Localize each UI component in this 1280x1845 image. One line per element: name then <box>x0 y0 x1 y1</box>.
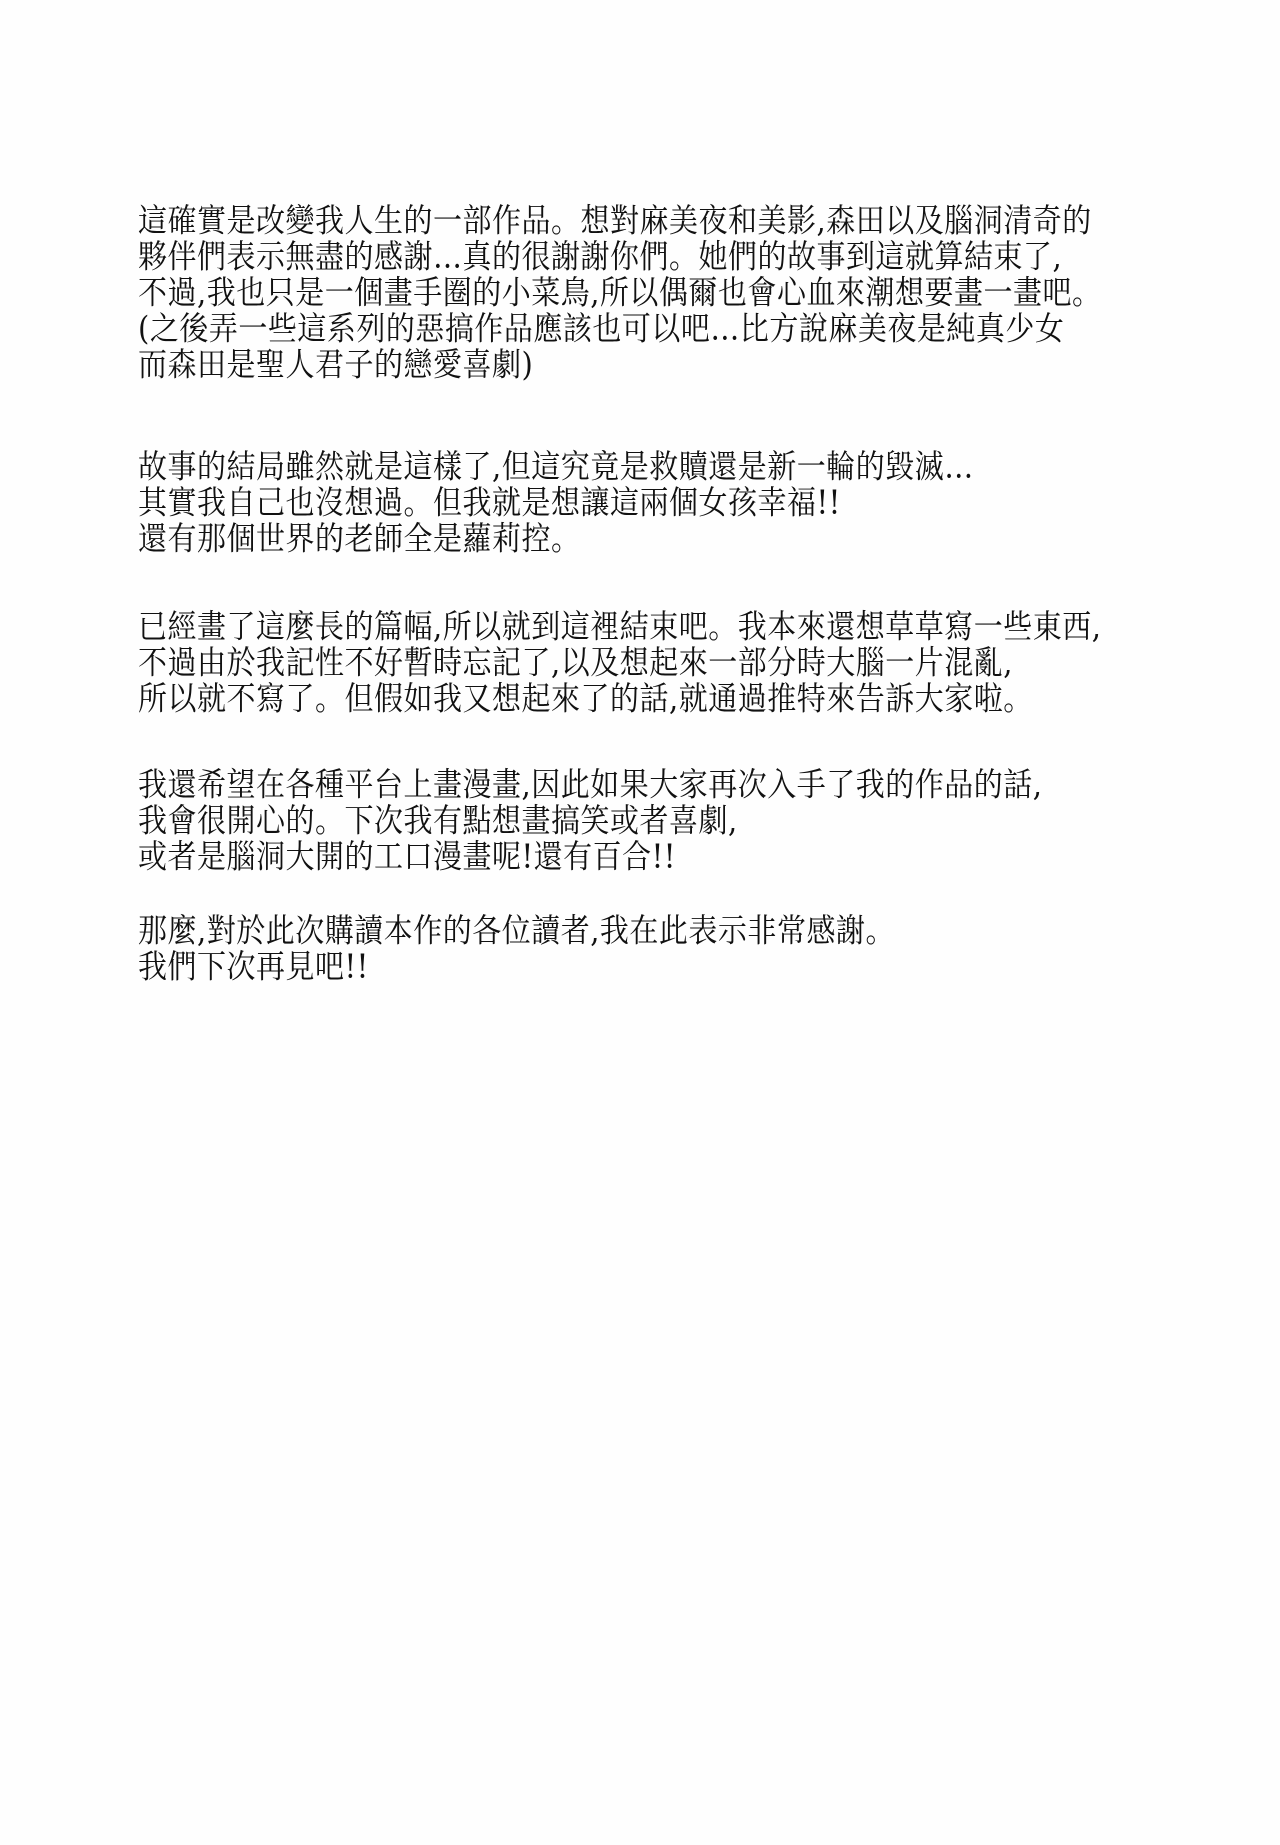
text-line: 這確實是改變我人生的一部作品。想對麻美夜和美影,森田以及腦洞清奇的 <box>138 200 1101 240</box>
text-line: 故事的結局雖然就是這樣了,但這究竟是救贖還是新一輪的毀滅… <box>138 446 974 486</box>
text-line: 我們下次再見吧!! <box>138 946 895 986</box>
paragraph-gratitude: 這確實是改變我人生的一部作品。想對麻美夜和美影,森田以及腦洞清奇的 夥伴們表示無… <box>138 200 1101 380</box>
text-line: 我會很開心的。下次我有點想畫搞笑或者喜劇, <box>138 800 1042 840</box>
document-page: 這確實是改變我人生的一部作品。想對麻美夜和美影,森田以及腦洞清奇的 夥伴們表示無… <box>0 0 1280 1845</box>
paragraph-future-plans: 我還希望在各種平台上畫漫畫,因此如果大家再次入手了我的作品的話, 我會很開心的。… <box>138 764 1042 872</box>
text-line: 還有那個世界的老師全是蘿莉控。 <box>138 518 974 558</box>
text-line: 而森田是聖人君子的戀愛喜劇) <box>138 344 1101 384</box>
text-line: 夥伴們表示無盡的感謝…真的很謝謝你們。她們的故事到這就算結束了, <box>138 236 1101 276</box>
paragraph-farewell: 那麼,對於此次購讀本作的各位讀者,我在此表示非常感謝。 我們下次再見吧!! <box>138 910 895 982</box>
text-line: 不過,我也只是一個畫手圈的小菜鳥,所以偶爾也會心血來潮想要畫一畫吧。 <box>138 272 1101 312</box>
text-line: (之後弄一些這系列的惡搞作品應該也可以吧…比方說麻美夜是純真少女 <box>138 308 1101 348</box>
text-line: 其實我自己也沒想過。但我就是想讓這兩個女孩幸福!! <box>138 482 974 522</box>
paragraph-closing-note: 已經畫了這麼長的篇幅,所以就到這裡結束吧。我本來還想草草寫一些東西, 不過由於我… <box>138 606 1101 714</box>
text-line: 我還希望在各種平台上畫漫畫,因此如果大家再次入手了我的作品的話, <box>138 764 1042 804</box>
text-line: 那麼,對於此次購讀本作的各位讀者,我在此表示非常感謝。 <box>138 910 895 950</box>
text-line: 所以就不寫了。但假如我又想起來了的話,就通過推特來告訴大家啦。 <box>138 678 1101 718</box>
text-line: 不過由於我記性不好暫時忘記了,以及想起來一部分時大腦一片混亂, <box>138 642 1101 682</box>
paragraph-ending: 故事的結局雖然就是這樣了,但這究竟是救贖還是新一輪的毀滅… 其實我自己也沒想過。… <box>138 446 974 554</box>
text-line: 已經畫了這麼長的篇幅,所以就到這裡結束吧。我本來還想草草寫一些東西, <box>138 606 1101 646</box>
text-line: 或者是腦洞大開的工口漫畫呢!還有百合!! <box>138 836 1042 876</box>
